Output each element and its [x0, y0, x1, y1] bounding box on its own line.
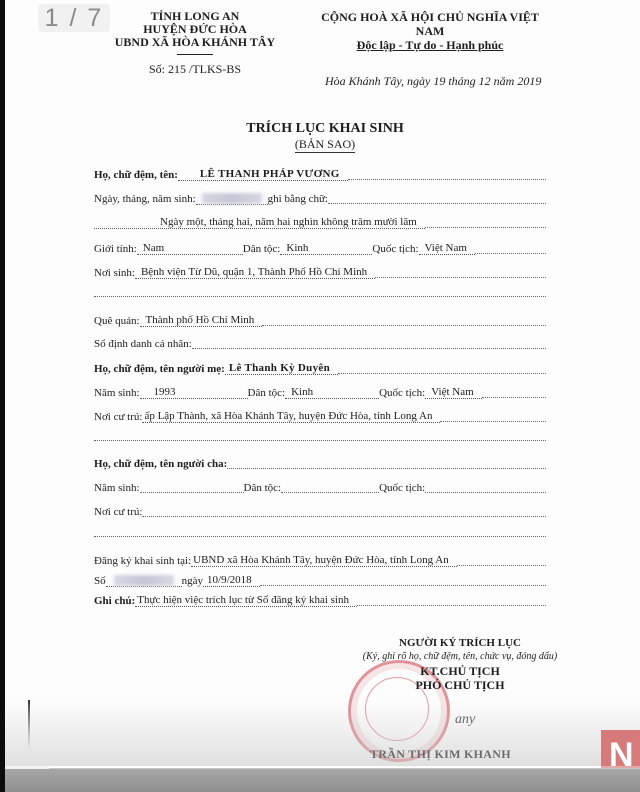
- registration-date: 10/9/2018: [203, 574, 260, 587]
- field-label: ngày: [182, 575, 203, 587]
- field-label: Đăng ký khai sinh tại:: [94, 555, 191, 567]
- redaction-blur: [114, 575, 174, 586]
- mother-nationality: Việt Nam: [425, 386, 481, 399]
- field-label: Dân tộc:: [244, 482, 282, 494]
- dotted-line: [227, 468, 546, 469]
- blank-line: [94, 296, 546, 297]
- dotted-line: [357, 605, 546, 606]
- mother-ethnicity: Kinh: [285, 386, 379, 399]
- mother-residence: ấp Lập Thành, xã Hòa Khánh Tây, huyện Đứ…: [142, 410, 440, 423]
- dotted-line: [338, 373, 546, 374]
- registration-number-redacted: [106, 574, 182, 587]
- child-dob-redacted: [196, 192, 268, 205]
- national-header: CỘNG HOÀ XÃ HỘI CHỦ NGHĨA VIỆT NAM Độc l…: [310, 10, 550, 52]
- document-number: Số: 215 /TLKS-BS: [100, 63, 290, 76]
- signer-name: TRẦN THỊ KIM KHANH: [370, 747, 511, 762]
- progress-fill: [5, 766, 49, 769]
- father-demographics-row: Năm sinh: Dân tộc: Quốc tịch:: [94, 482, 546, 494]
- dotted-line: [262, 325, 546, 326]
- child-gender: Nam: [137, 242, 243, 255]
- signer-role: KT.CHỦ TỊCH: [330, 664, 590, 678]
- dotted-line: [475, 253, 546, 254]
- field-label: Nơi cư trú:: [94, 506, 142, 518]
- dotted-line: [281, 492, 379, 493]
- child-dob-words: Ngày một, tháng hai, năm hai nghìn không…: [94, 216, 425, 229]
- signer-title: NGƯỜI KÝ TRÍCH LỤC: [330, 636, 590, 650]
- field-label: Quốc tịch:: [372, 243, 418, 255]
- field-label: Nơi cư trú:: [94, 411, 142, 423]
- issuer-commune: UBND XÃ HÒA KHÁNH TÂY: [100, 36, 290, 49]
- dotted-line: [192, 348, 546, 349]
- child-name-row: Họ, chữ đệm, tên: LÊ THANH PHÁP VƯƠNG: [94, 168, 546, 181]
- registration-note-row: Ghi chú: Thực hiện việc trích lục từ Sổ …: [94, 594, 546, 607]
- blank-line: [94, 536, 546, 537]
- dotted-line: [482, 397, 546, 398]
- progress-scrubber[interactable]: [5, 766, 640, 769]
- dotted-line: [142, 516, 546, 517]
- dotted-line: [260, 585, 546, 586]
- field-label: Quốc tịch:: [379, 387, 425, 399]
- signer-instruction: (Ký, ghi rõ họ, chữ đệm, tên, chức vụ, đ…: [330, 650, 590, 664]
- mother-name: Lê Thanh Kỳ Duyên: [225, 362, 338, 375]
- place-date: Hòa Khánh Tây, ngày 19 tháng 12 năm 2019: [325, 74, 541, 89]
- child-hometown-row: Quê quán: Thành phố Hồ Chí Minh: [94, 314, 546, 327]
- field-label: Số: [94, 575, 106, 587]
- registration-place-row: Đăng ký khai sinh tại: UBND xã Hòa Khánh…: [94, 554, 546, 567]
- document-title: TRÍCH LỤC KHAI SINH: [150, 121, 500, 137]
- registration-note: Thực hiện việc trích lục từ Sổ đăng ký k…: [135, 594, 357, 607]
- father-name-row: Họ, chữ đệm, tên người cha:: [94, 458, 546, 470]
- registration-number-row: Số ngày 10/9/2018: [94, 574, 546, 587]
- dotted-line: [348, 179, 546, 180]
- national-motto: Độc lập - Tự do - Hạnh phúc: [310, 38, 550, 52]
- field-label: Nơi sinh:: [94, 267, 135, 279]
- child-demographics-row: Giới tính: Nam Dân tộc: Kinh Quốc tịch: …: [94, 242, 546, 255]
- child-id-row: Số định danh cá nhân:: [94, 338, 546, 350]
- document-subtitle: (BẢN SAO): [150, 137, 500, 152]
- blank-line: [94, 440, 546, 441]
- child-dob-row: Ngày, tháng, năm sinh: ghi bằng chữ:: [94, 192, 546, 205]
- mother-birth-year: 1993: [140, 386, 248, 399]
- field-label: Quê quán:: [94, 315, 140, 327]
- registration-place: UBND xã Hòa Khánh Tây, huyện Đức Hòa, tỉ…: [191, 554, 457, 567]
- child-dob-words-row: Ngày một, tháng hai, năm hai nghìn không…: [94, 216, 546, 229]
- header-divider: [177, 54, 213, 55]
- mother-residence-row: Nơi cư trú: ấp Lập Thành, xã Hòa Khánh T…: [94, 410, 546, 423]
- signer-position: PHÓ CHỦ TỊCH: [330, 678, 590, 692]
- dotted-line: [328, 203, 546, 204]
- mother-name-row: Họ, chữ đệm, tên người mẹ: Lê Thanh Kỳ D…: [94, 362, 546, 375]
- viewer-control-bar[interactable]: [5, 768, 640, 792]
- field-label: Ngày, tháng, năm sinh:: [94, 193, 196, 205]
- field-label: Giới tính:: [94, 243, 137, 255]
- field-label: Ghi chú:: [94, 595, 135, 607]
- child-nationality: Việt Nam: [419, 242, 475, 255]
- redaction-blur: [202, 193, 262, 204]
- child-birthplace: Bệnh viện Từ Dũ, quận 1, Thành Phố Hồ Ch…: [135, 266, 375, 279]
- field-label: Năm sinh:: [94, 482, 140, 494]
- dotted-line: [375, 277, 546, 278]
- child-ethnicity: Kinh: [280, 242, 372, 255]
- child-hometown: Thành phố Hồ Chí Minh: [140, 314, 263, 327]
- field-label: Dân tộc:: [243, 243, 281, 255]
- mother-demographics-row: Năm sinh: 1993 Dân tộc: Kinh Quốc tịch: …: [94, 386, 546, 399]
- issuer-header: TỈNH LONG AN HUYỆN ĐỨC HÒA UBND XÃ HÒA K…: [100, 10, 290, 76]
- dotted-line: [457, 565, 546, 566]
- dotted-line: [425, 492, 546, 493]
- field-label: ghi bằng chữ:: [268, 193, 328, 205]
- mouse-cursor-trail: [28, 700, 30, 750]
- field-label: Năm sinh:: [94, 387, 140, 399]
- field-label: Dân tộc:: [248, 387, 286, 399]
- dotted-line: [440, 421, 546, 422]
- field-label: Họ, chữ đệm, tên người mẹ:: [94, 363, 225, 375]
- child-name: LÊ THANH PHÁP VƯƠNG: [178, 168, 348, 181]
- field-label: Quốc tịch:: [379, 482, 425, 494]
- field-label: Số định danh cá nhân:: [94, 338, 192, 350]
- dotted-line: [425, 227, 546, 228]
- handwritten-signature: any: [455, 712, 475, 728]
- national-title: CỘNG HOÀ XÃ HỘI CHỦ NGHĨA VIỆT NAM: [310, 10, 550, 38]
- father-residence-row: Nơi cư trú:: [94, 506, 546, 518]
- signature-block: NGƯỜI KÝ TRÍCH LỤC (Ký, ghi rõ họ, chữ đ…: [330, 636, 590, 692]
- child-birthplace-row: Nơi sinh: Bệnh viện Từ Dũ, quận 1, Thành…: [94, 266, 546, 279]
- dotted-line: [140, 492, 244, 493]
- field-label: Họ, chữ đệm, tên người cha:: [94, 458, 227, 470]
- field-label: Họ, chữ đệm, tên:: [94, 169, 178, 181]
